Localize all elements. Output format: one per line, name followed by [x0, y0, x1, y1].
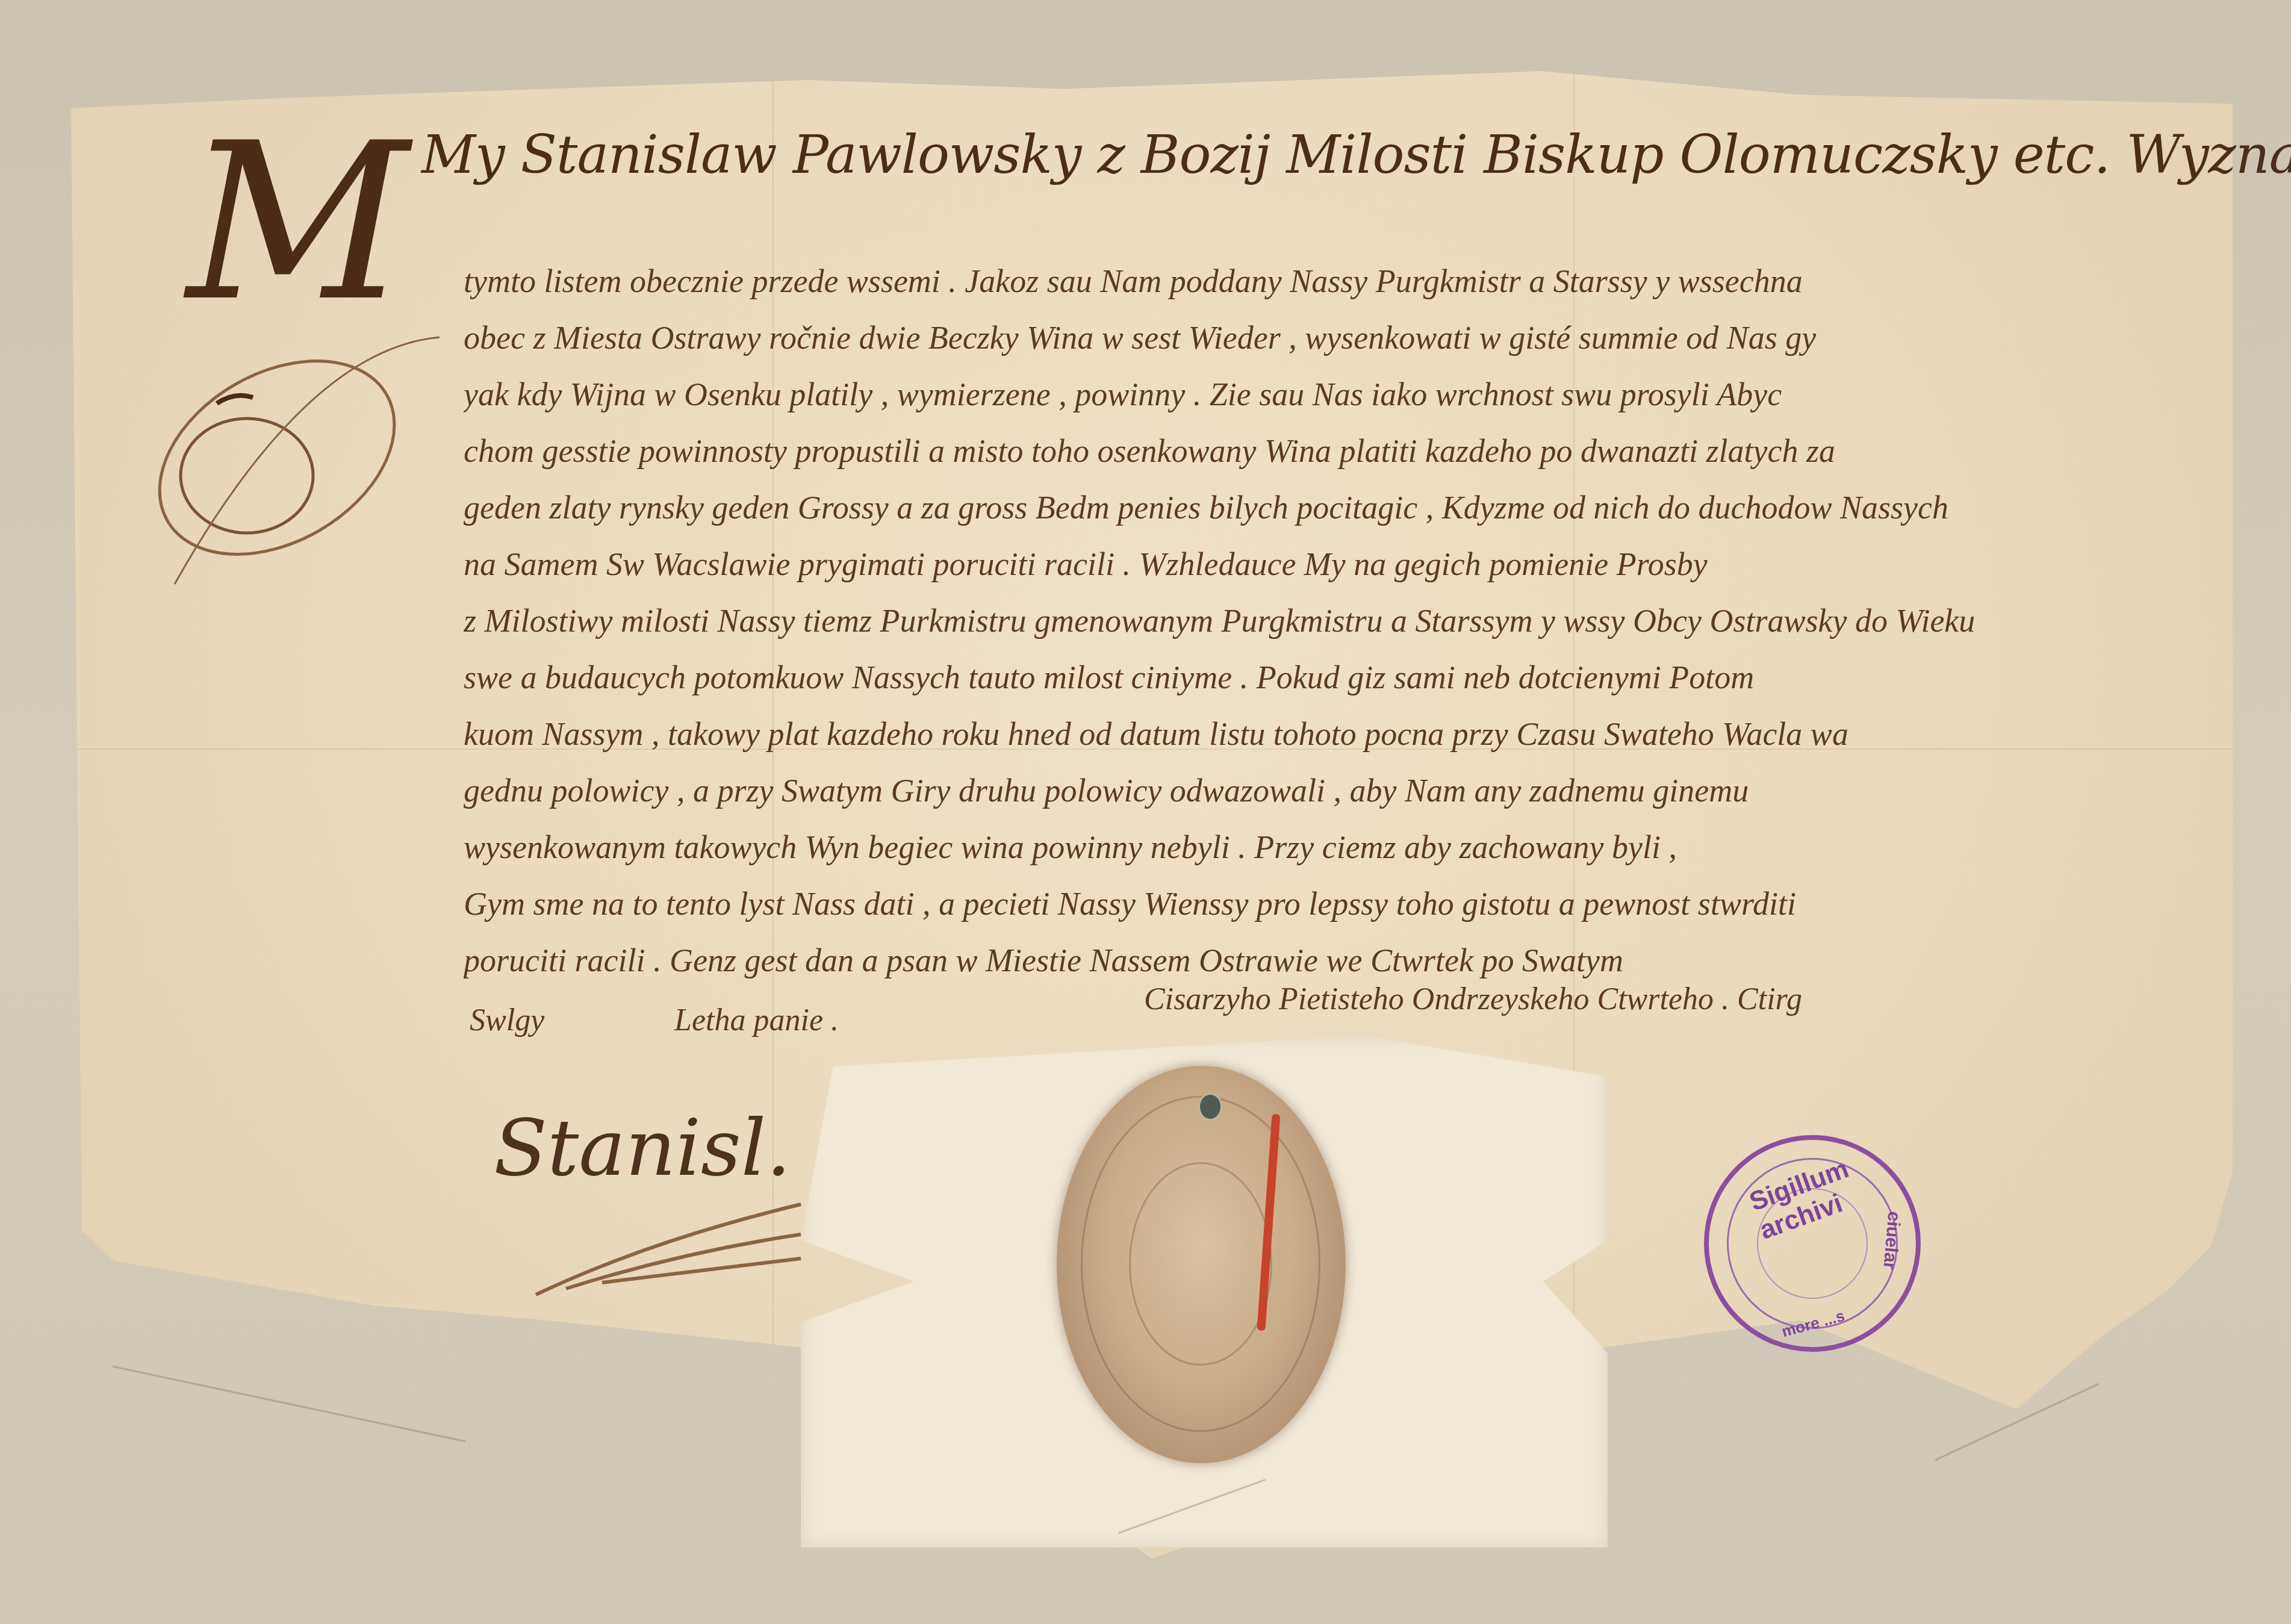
- body-line: na Samem Sw Wacslawie prygimati poruciti…: [464, 536, 2101, 593]
- charter-heading: My Stanislaw Pawlowsky z Bozij Milosti B…: [421, 123, 2291, 185]
- calligraphic-flourish-icon: [126, 301, 464, 614]
- charter-body: tymto listem obecznie przede wssemi . Ja…: [464, 253, 2101, 989]
- fold-crease: [112, 1366, 466, 1443]
- body-line: kuom Nassym , takowy plat kazdeho roku h…: [464, 706, 2101, 762]
- body-line: chom gesstie powinnosty propustili a mis…: [464, 423, 2101, 479]
- archive-stamp: Sigillum archivi ciuelar more ...s: [1704, 1135, 1921, 1352]
- body-line: poruciti racili . Genz gest dan a psan w…: [464, 932, 2101, 989]
- body-line: wysenkowanym takowych Wyn begiec wina po…: [464, 819, 2101, 876]
- date-line: Cisarzyho Pietisteho Ondrzeyskeho Ctwrte…: [1144, 982, 1802, 1017]
- body-line: swe a budaucych potomkuow Nassych tauto …: [464, 649, 2101, 706]
- seal-bead: [1198, 1093, 1222, 1121]
- body-line: yak kdy Wijna w Osenku platily , wymierz…: [464, 366, 2101, 423]
- stamp-text-mirrored: ciuelar: [1879, 1210, 1904, 1270]
- body-line: obec z Miesta Ostrawy ročnie dwie Beczky…: [464, 310, 2101, 366]
- body-line: geden zlaty rynsky geden Grossy a za gro…: [464, 479, 2101, 536]
- body-line: gednu polowicy , a przy Swatym Giry druh…: [464, 762, 2101, 819]
- body-line: Gym sme na to tento lyst Nass dati , a p…: [464, 876, 2101, 932]
- date-line: Letha panie .: [674, 1003, 839, 1038]
- date-line: Swlgy: [470, 1003, 544, 1038]
- wax-seal: [1057, 1066, 1346, 1463]
- decorated-initial: M: [187, 114, 397, 331]
- body-line: z Milostiwy milosti Nassy tiemz Purkmist…: [464, 593, 2101, 649]
- body-line: tymto listem obecznie przede wssemi . Ja…: [464, 253, 2101, 310]
- signature-flourish-icon: [530, 1168, 807, 1301]
- seal-ring: [1129, 1162, 1272, 1366]
